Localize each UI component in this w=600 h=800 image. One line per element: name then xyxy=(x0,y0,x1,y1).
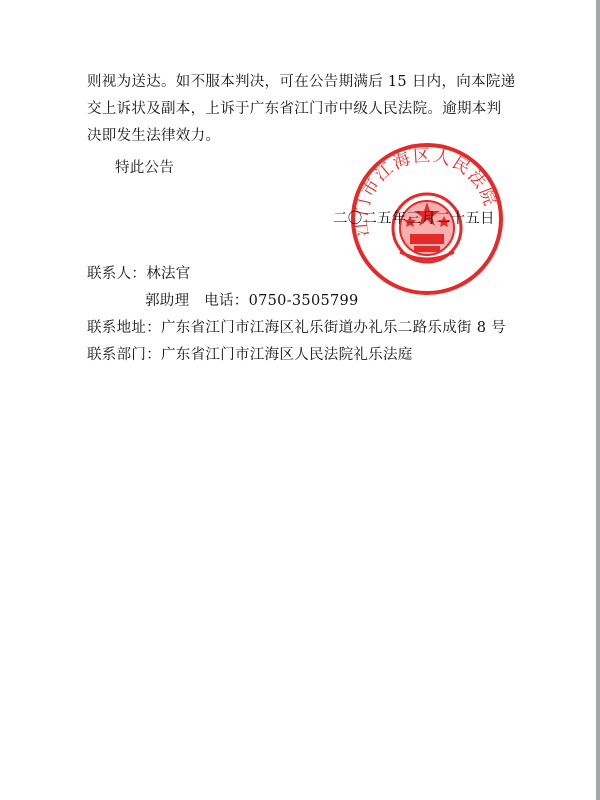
document-date: 二〇二五年三月二十五日 xyxy=(333,207,495,228)
page-edge-shadow xyxy=(596,0,600,800)
contact-address: 联系地址：广东省江门市江海区礼乐街道办礼乐二路乐成街 8 号 xyxy=(87,316,506,337)
closing-text: 特此公告 xyxy=(115,156,174,177)
contact-department: 联系部门：广东省江门市江海区人民法院礼乐法庭 xyxy=(87,343,413,364)
body-line-1: 则视为送达。如不服本判决，可在公告期满后 15 日内，向本院递 xyxy=(87,70,515,91)
document-page: 则视为送达。如不服本判决，可在公告期满后 15 日内，向本院递 交上诉状及副本，… xyxy=(0,0,596,800)
contact-person: 联系人：林法官 xyxy=(87,262,191,283)
body-line-2: 交上诉状及副本，上诉于广东省江门市中级人民法院。逾期本判 xyxy=(87,97,501,118)
body-line-3: 决即发生法律效力。 xyxy=(87,124,220,145)
contact-assistant-phone: 郭助理 电话：0750-3505799 xyxy=(145,289,359,310)
